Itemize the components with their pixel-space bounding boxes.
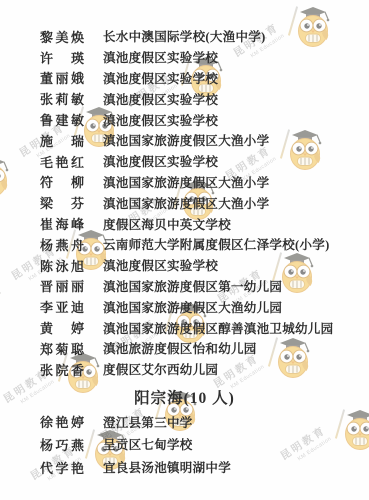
entry-school: 滇池度假区实验学校 — [103, 90, 218, 108]
entry-school: 滇池旅游度假区怡和幼儿园 — [103, 339, 257, 357]
table-row: 杨燕舟 云南师范大学附属度假区仁泽学校(小学) — [40, 234, 369, 255]
entry-school: 滇池度假区实验学校 — [103, 152, 218, 170]
entry-school: 滇池国家旅游度假区第一幼儿园 — [103, 277, 282, 295]
entry-name: 崔海峰 — [40, 214, 84, 233]
table-row: 张院香 度假区艾尔西幼儿园 — [40, 359, 369, 380]
entry-name: 郑菊聪 — [40, 339, 84, 358]
entry-name: 董丽娥 — [40, 68, 84, 87]
entry-name: 符 柳 — [40, 172, 84, 191]
entry-school: 滇池度假区实验学校 — [103, 111, 218, 129]
table-row: 许 瑛 滇池度假区实验学校 — [40, 47, 369, 68]
table-row: 黄 婷 滇池国家旅游度假区醇善滇池卫城幼儿园 — [40, 317, 369, 338]
entry-name: 杨巧燕 — [40, 435, 84, 454]
entry-school: 滇池度假区实验学校 — [103, 48, 218, 66]
entry-school: 度假区海贝中英文学校 — [103, 215, 231, 233]
entry-name: 黄 婷 — [40, 318, 84, 337]
page: 昆明教育 KM Education — [0, 0, 369, 500]
table-row: 董丽娥 滇池度假区实验学校 — [40, 68, 369, 89]
entry-name: 梁 芬 — [40, 193, 84, 212]
table-row: 晋丽丽 滇池国家旅游度假区第一幼儿园 — [40, 276, 369, 297]
entry-name: 鲁建敏 — [40, 110, 84, 129]
table-row: 代学艳 宜良县汤池镇明湖中学 — [40, 456, 369, 479]
entry-name: 晋丽丽 — [40, 276, 84, 295]
table-row: 毛艳红 滇池度假区实验学校 — [40, 151, 369, 172]
table-row: 黎美焕 长水中澳国际学校(大渔中学) — [40, 26, 369, 47]
entry-school: 宜良县汤池镇明湖中学 — [103, 458, 231, 476]
entry-name: 杨燕舟 — [40, 235, 84, 254]
entry-school: 滇池国家旅游度假区大渔小学 — [103, 173, 269, 191]
section: 阳宗海(10 人) 徐艳婷 澄江县第三中学 杨巧燕 呈贡区七甸学校 代学艳 宜良… — [40, 386, 369, 479]
entry-name: 李亚迪 — [40, 297, 84, 316]
table-row: 崔海峰 度假区海贝中英文学校 — [40, 213, 369, 234]
entry-name: 毛艳红 — [40, 152, 84, 171]
entry-name: 代学艳 — [40, 458, 84, 477]
table-row: 徐艳婷 澄江县第三中学 — [40, 411, 369, 434]
entry-school: 滇池度假区实验学校 — [103, 69, 218, 87]
table-row: 李亚迪 滇池国家旅游度假区大渔幼儿园 — [40, 296, 369, 317]
table-row: 陈泳旭 滇池度假区实验学校 — [40, 255, 369, 276]
table-row: 施 瑞 滇池国家旅游度假区大渔小学 — [40, 130, 369, 151]
entry-school: 云南师范大学附属度假区仁泽学校(小学) — [103, 235, 330, 253]
entry-school: 滇池国家旅游度假区大渔幼儿园 — [103, 298, 282, 316]
entry-name: 徐艳婷 — [40, 412, 84, 431]
table-row: 杨巧燕 呈贡区七甸学校 — [40, 433, 369, 456]
entry-school: 澄江县第三中学 — [103, 413, 193, 431]
entry-school: 长水中澳国际学校(大渔中学) — [103, 27, 266, 45]
section: 黎美焕 长水中澳国际学校(大渔中学) 许 瑛 滇池度假区实验学校 董丽娥 滇池度… — [40, 26, 369, 380]
table-row: 张莉敏 滇池度假区实验学校 — [40, 88, 369, 109]
entry-name: 许 瑛 — [40, 48, 84, 67]
entry-school: 滇池度假区实验学校 — [103, 256, 218, 274]
entry-name: 张院香 — [40, 360, 84, 379]
entry-name: 张莉敏 — [40, 89, 84, 108]
entry-name: 施 瑞 — [40, 131, 84, 150]
table-row: 鲁建敏 滇池度假区实验学校 — [40, 109, 369, 130]
entry-school: 滇池国家旅游度假区大渔小学 — [103, 131, 269, 149]
document-body: 黎美焕 长水中澳国际学校(大渔中学) 许 瑛 滇池度假区实验学校 董丽娥 滇池度… — [0, 0, 369, 500]
table-row: 梁 芬 滇池国家旅游度假区大渔小学 — [40, 192, 369, 213]
table-row: 郑菊聪 滇池旅游度假区怡和幼儿园 — [40, 338, 369, 359]
entry-school: 滇池国家旅游度假区醇善滇池卫城幼儿园 — [103, 319, 333, 337]
table-row: 符 柳 滇池国家旅游度假区大渔小学 — [40, 172, 369, 193]
entry-school: 度假区艾尔西幼儿园 — [103, 360, 218, 378]
section-heading: 阳宗海(10 人) — [0, 386, 369, 408]
entry-name: 陈泳旭 — [40, 256, 84, 275]
entry-school: 呈贡区七甸学校 — [103, 435, 193, 453]
entry-name: 黎美焕 — [40, 27, 84, 46]
entry-school: 滇池国家旅游度假区大渔小学 — [103, 194, 269, 212]
